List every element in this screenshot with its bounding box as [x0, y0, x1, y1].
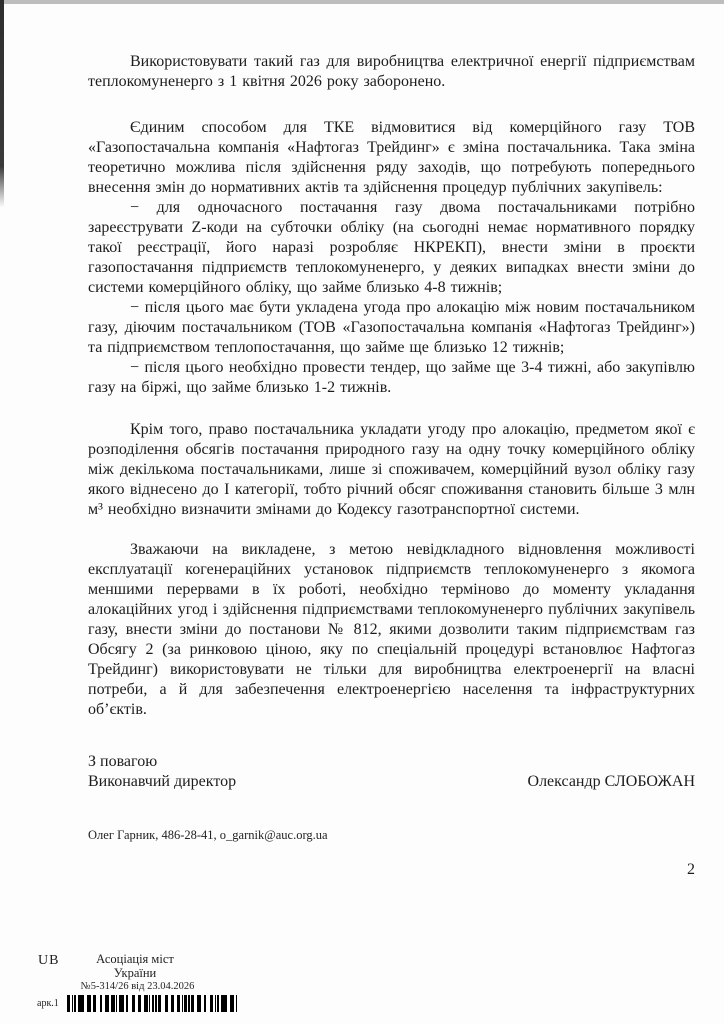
paragraph-gas-ban: Використовувати такий газ для виробництв… [88, 52, 695, 92]
paragraph-conclusion-request: Зважаючи на викладене, з метою невідклад… [88, 540, 695, 720]
stamp-logo-ub: UB [38, 953, 59, 969]
page-number: 2 [88, 861, 695, 879]
signature-row: Виконавчий директор Олександр СЛОБОЖАН [88, 772, 695, 792]
executor-contact-line: Олег Гарник, 486-28-41, o_garnik@auc.org… [88, 828, 695, 843]
registration-stamp: UB Асоціація міст України №5-314/26 від … [30, 948, 270, 1018]
paragraph-allocation-right: Крім того, право постачальника укладати … [88, 420, 695, 520]
signatory-title: Виконавчий директор [88, 772, 236, 792]
signature-salutation: З повагою [88, 752, 695, 772]
signature-block: З повагою Виконавчий директор Олександр … [88, 752, 695, 792]
signatory-name: Олександр СЛОБОЖАН [528, 772, 695, 792]
stamp-organization-name: Асоціація міст України [65, 952, 205, 980]
scanned-letter-page: Використовувати такий газ для виробництв… [0, 0, 724, 1024]
barcode [67, 995, 237, 1012]
scan-artifact-top-edge [0, 0, 724, 4]
stamp-org-line1: Асоціація міст [65, 952, 205, 966]
bullet-allocation-agreement: − після цього має бути укладена угода пр… [88, 298, 695, 358]
stamp-registration-number: №5-314/26 від 23.04.2026 [55, 981, 220, 992]
paragraph-supplier-change: Єдиним способом для ТКЕ відмовитися від … [88, 118, 695, 198]
stamp-sheet-count: арк.1 [37, 998, 59, 1009]
bullet-z-codes-registration: − для одночасного постачання газу двома … [88, 198, 695, 298]
bullet-tender-or-exchange: − після цього необхідно провести тендер,… [88, 358, 695, 398]
scan-artifact-left-edge [0, 0, 4, 208]
stamp-org-line2: України [65, 966, 205, 980]
letter-body: Використовувати такий газ для виробництв… [88, 52, 695, 879]
